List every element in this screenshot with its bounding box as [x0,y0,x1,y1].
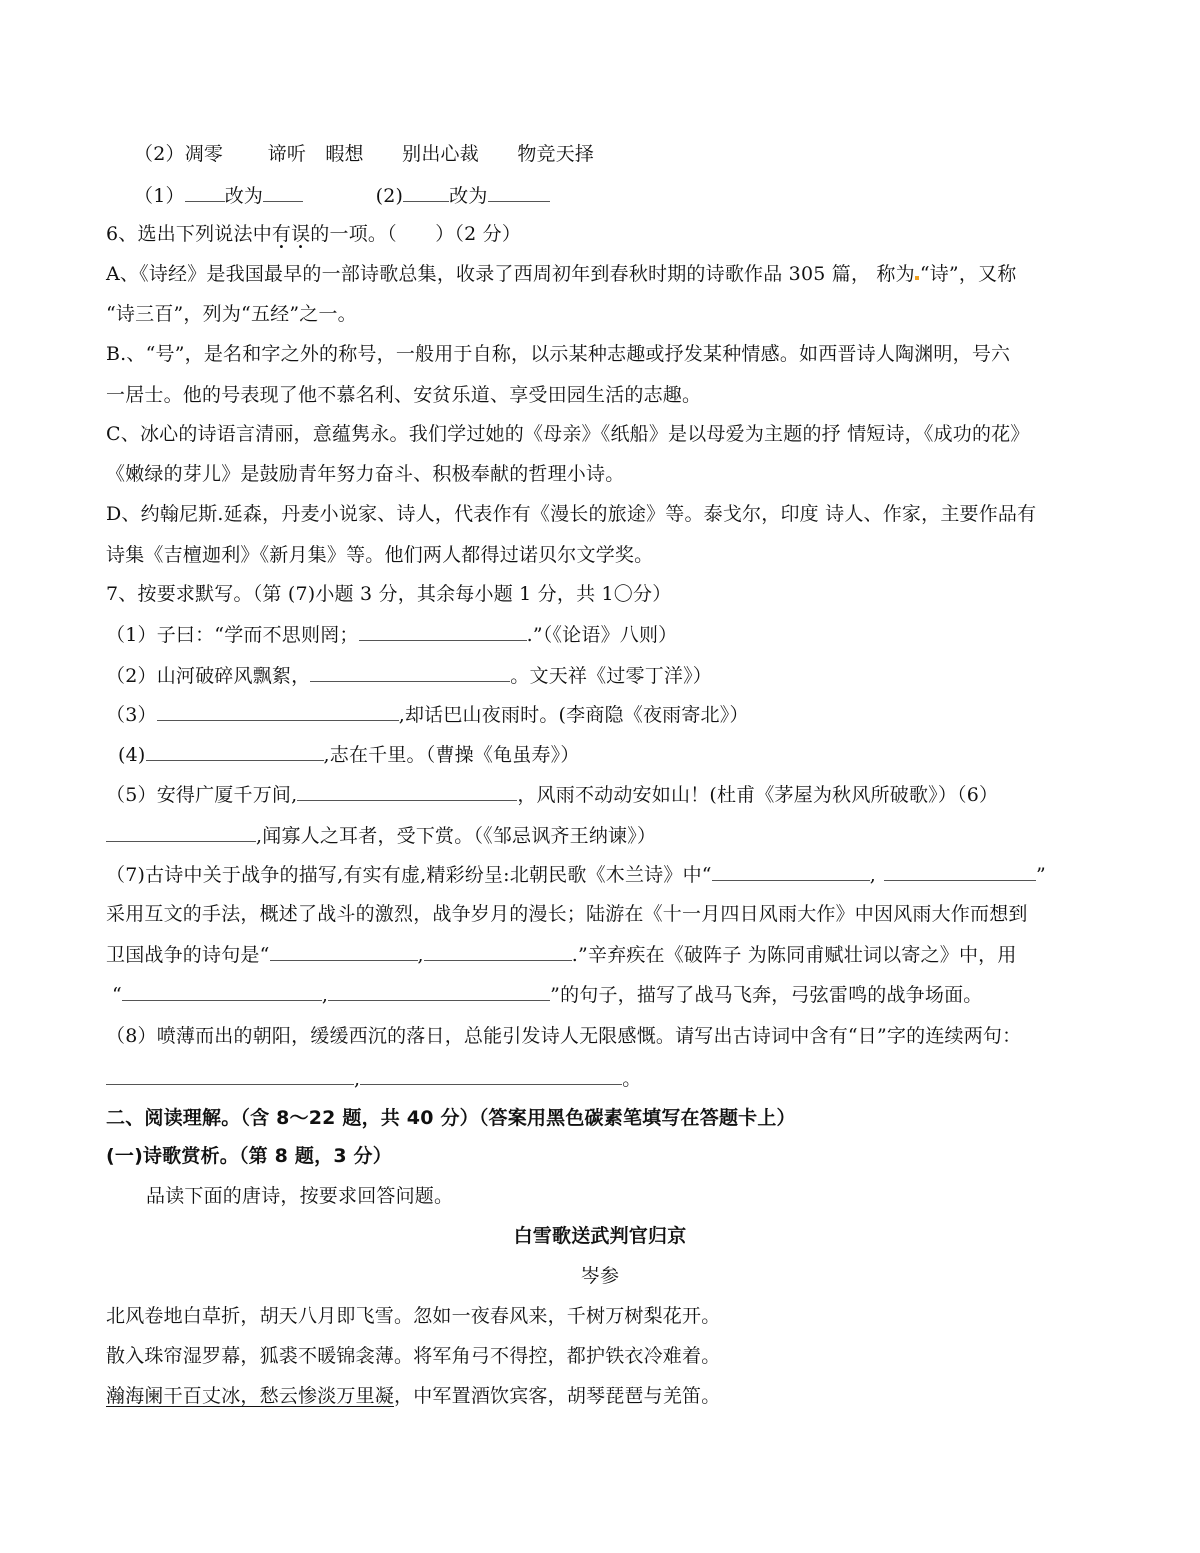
poem-line-3-underlined: 瀚海阑干百丈冰，愁云惨淡万里凝 [106,1385,394,1407]
q6-option-a-text: A、《诗经》是我国最早的一部诗歌总集，收录了西周初年到春秋时期的诗歌作品 305… [106,263,915,285]
q5-answer-2-label: (2) [376,185,404,207]
q5-answer-line: （1）改为 (2)改为 [134,183,550,208]
q7-item-6-blank[interactable] [106,823,256,842]
section-2-heading: 二、阅读理解。（含 8～22 题，共 40 分）（答案用黑色碳素笔填写在答题卡上… [106,1106,796,1130]
q7-item-7-line2: 采用互文的手法，概述了战斗的激烈，战争岁月的漫长；陆游在《十一月四日风雨大作》中… [106,902,1028,926]
q7-item-7-blank-2[interactable] [884,862,1036,881]
comment-marker-icon [915,276,919,280]
q7-item-5-blank[interactable] [297,782,517,801]
poem-line-3: 瀚海阑干百丈冰，愁云惨淡万里凝，中军置酒饮宾客，胡琴琵琶与羌笛。 [106,1384,720,1408]
q6-option-b-line2: 一居士。他的号表现了他不慕名利、安贫乐道、享受田园生活的志趣。 [106,383,701,407]
comma: , [870,864,876,886]
q7-item-7-text: （7)古诗中关于战争的描写,有实有虚,精彩纷呈:北朝民歌《木兰诗》中“ [106,864,712,886]
reading-instruction: 品读下面的唐诗，按要求回答问题。 [146,1184,453,1208]
q7-item-6: ,闻寡人之耳者，受下赏。（《邹忌讽齐王纳谏》） [106,823,656,848]
q7-item-7-blank-1[interactable] [712,862,870,881]
q5-blank-2b[interactable] [488,183,550,202]
q6-option-b-line1: B.、“号”，是名和字之外的称号，一般用于自称，以示某种志趣或抒发某种情感。如西… [106,342,1010,366]
q7-item-1-blank[interactable] [359,622,527,641]
q7-item-7-blank-3[interactable] [270,942,418,961]
q7-item-7-line4-end: ”的句子，描写了战马飞奔，弓弦雷鸣的战争场面。 [550,984,982,1006]
q7-item-7-blank-5[interactable] [122,982,322,1001]
q7-item-8-line1: （8）喷薄而出的朝阳，缓缓西沉的落日，总能引发诗人无限感慨。请写出古诗词中含有“… [106,1024,1021,1048]
q7-item-7-line3-end: .”辛弃疾在《破阵子 为陈同甫赋壮词以寄之》中，用 [572,944,1017,966]
q6-emphasis-char-2: 误 [291,223,310,245]
q7-item-1-source: .”（《论语》八则） [527,624,678,646]
q5-blank-2a[interactable] [403,183,449,202]
q5-blank-1a[interactable] [185,183,225,202]
q7-item-4-blank[interactable] [146,742,324,761]
q6-option-a-line2: “诗三百”，列为“五经”之一。 [106,302,357,326]
q7-item-7-line3-text: 卫国战争的诗句是“ [106,944,270,966]
poem-line-1: 北风卷地白草折，胡天八月即飞雪。忽如一夜春风来，千树万树梨花开。 [106,1304,720,1328]
q5-answer-1-label: （1） [134,185,185,207]
q7-item-4-label: (4) [118,744,146,766]
q6-option-a-line1: A、《诗经》是我国最早的一部诗歌总集，收录了西周初年到春秋时期的诗歌作品 305… [106,262,1016,286]
q6-stem: 6、选出下列说法中有误的一项。（ ）（2 分） [106,222,521,246]
q5-word-list: （2）凋零 谛听 暇想 别出心裁 物竞天择 [134,142,594,166]
q6-stem-text-end: 的一项。（ ）（2 分） [310,223,521,245]
q7-item-7-line4: “,”的句子，描写了战马飞奔，弓弦雷鸣的战争场面。 [112,982,983,1007]
q7-item-3-label: （3） [106,704,157,726]
q7-item-5-source: ，风雨不动动安如山！(杜甫《茅屋为秋风所破歌》）（6） [517,784,998,806]
q6-option-a-text-end: “诗”，又称 [920,263,1017,285]
q7-item-7-line1: （7)古诗中关于战争的描写,有实有虚,精彩纷呈:北朝民歌《木兰诗》中“,” [106,862,1046,887]
q5-blank-1b[interactable] [263,183,303,202]
q7-item-2: （2）山河破碎风飘絮，。文天祥《过零丁洋》） [106,663,712,688]
q7-item-2-text: （2）山河破碎风飘絮， [106,665,310,687]
q7-item-1: （1）子曰：“学而不思则罔；.”（《论语》八则） [106,622,677,647]
q7-item-8-blank-1[interactable] [106,1066,354,1085]
q6-emphasis-char-1: 有 [272,223,291,245]
poem-author: 岑参 [0,1264,1200,1288]
q5-answer-2-mid: 改为 [449,185,487,207]
poem-title: 白雪歌送武判官归京 [0,1224,1200,1248]
q6-option-c-line2: 《嫩绿的芽儿》是鼓励青年努力奋斗、积极奉献的哲理小诗。 [106,462,624,486]
q7-item-7-blank-4[interactable] [424,942,572,961]
q7-item-1-text: （1）子曰：“学而不思则罔； [106,624,359,646]
q6-option-d-line2: 诗集《吉檀迦利》《新月集》等。他们两人都得过诺贝尔文学奖。 [106,543,653,567]
q7-item-2-source: 。文天祥《过零丁洋》） [510,665,712,687]
q7-item-6-text: ,闻寡人之耳者，受下赏。（《邹忌讽齐王纳谏》） [256,825,656,847]
q7-item-7-blank-6[interactable] [328,982,550,1001]
q7-stem: 7、按要求默写。（第 (7)小题 3 分，其余每小题 1 分，共 1〇分） [106,582,671,606]
poem-line-3-rest: ，中军置酒饮宾客，胡琴琵琶与羌笛。 [394,1385,720,1407]
q6-stem-text: 6、选出下列说法中 [106,223,272,245]
quote-open: “ [112,984,122,1006]
q5-answer-1-mid: 改为 [225,185,263,207]
q6-option-c-line1: C、冰心的诗语言清丽，意蕴隽永。我们学过她的《母亲》《纸船》是以母爱为主题的抒 … [106,422,1030,446]
q7-item-3: （3）,却话巴山夜雨时。(李商隐《夜雨寄北》） [106,702,749,727]
q6-option-d-line1: D、约翰尼斯.延森，丹麦小说家、诗人，代表作有《漫长的旅途》等。泰戈尔，印度 诗… [106,502,1036,526]
quote-close: ” [1036,864,1046,886]
period: 。 [622,1068,641,1090]
q7-item-8-line2: ,。 [106,1066,641,1091]
q7-item-4: (4),志在千里。（曹操《龟虽寿》） [118,742,580,767]
q7-item-3-blank[interactable] [157,702,399,721]
q7-item-7-line3: 卫国战争的诗句是“,.”辛弃疾在《破阵子 为陈同甫赋壮词以寄之》中，用 [106,942,1017,967]
q7-item-4-text: ,志在千里。（曹操《龟虽寿》） [324,744,580,766]
q7-item-3-text: ,却话巴山夜雨时。(李商隐《夜雨寄北》） [399,704,749,726]
section-2-subheading: (一)诗歌赏析。（第 8 题，3 分） [106,1144,392,1168]
poem-line-2: 散入珠帘湿罗幕，狐裘不暖锦衾薄。将军角弓不得控，都护铁衣冷难着。 [106,1344,720,1368]
q7-item-8-blank-2[interactable] [360,1066,622,1085]
q7-item-5: （5）安得广厦千万间,，风雨不动动安如山！(杜甫《茅屋为秋风所破歌》）（6） [106,782,998,807]
q7-item-5-text: （5）安得广厦千万间, [106,784,297,806]
q7-item-2-blank[interactable] [310,663,510,682]
